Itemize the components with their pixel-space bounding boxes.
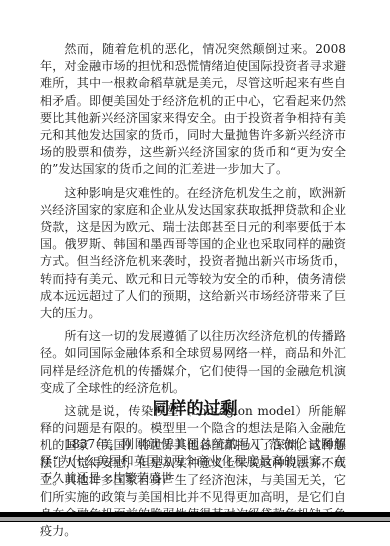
section-heading: 同样的过剩 [0, 398, 390, 420]
border-thin-line [0, 521, 390, 522]
paragraph-3: 所有这一切的发展遵循了以往历次经济危机的传播路径。如同国际金融体系和全球贸易网络… [40, 328, 346, 397]
section-paragraph-1: 1837年，刚刚就任美国总统的马丁·范布伦试图解释“为什么美国和英国这两个商业化… [40, 436, 346, 488]
paragraph-1: 然而，随着危机的恶化，情况突然颠倒过来。2008年，对金融市场的担忧和恐慌情绪迫… [40, 41, 346, 179]
section-body: 1837年，刚刚就任美国总统的马丁·范布伦试图解释“为什么美国和英国这两个商业化… [40, 436, 346, 494]
page-bottom-border [0, 512, 390, 522]
paragraph-2: 这种影响是灾难性的。在经济危机发生之前，欧洲新兴经济国家的家庭和企业从发达国家获… [40, 185, 346, 323]
